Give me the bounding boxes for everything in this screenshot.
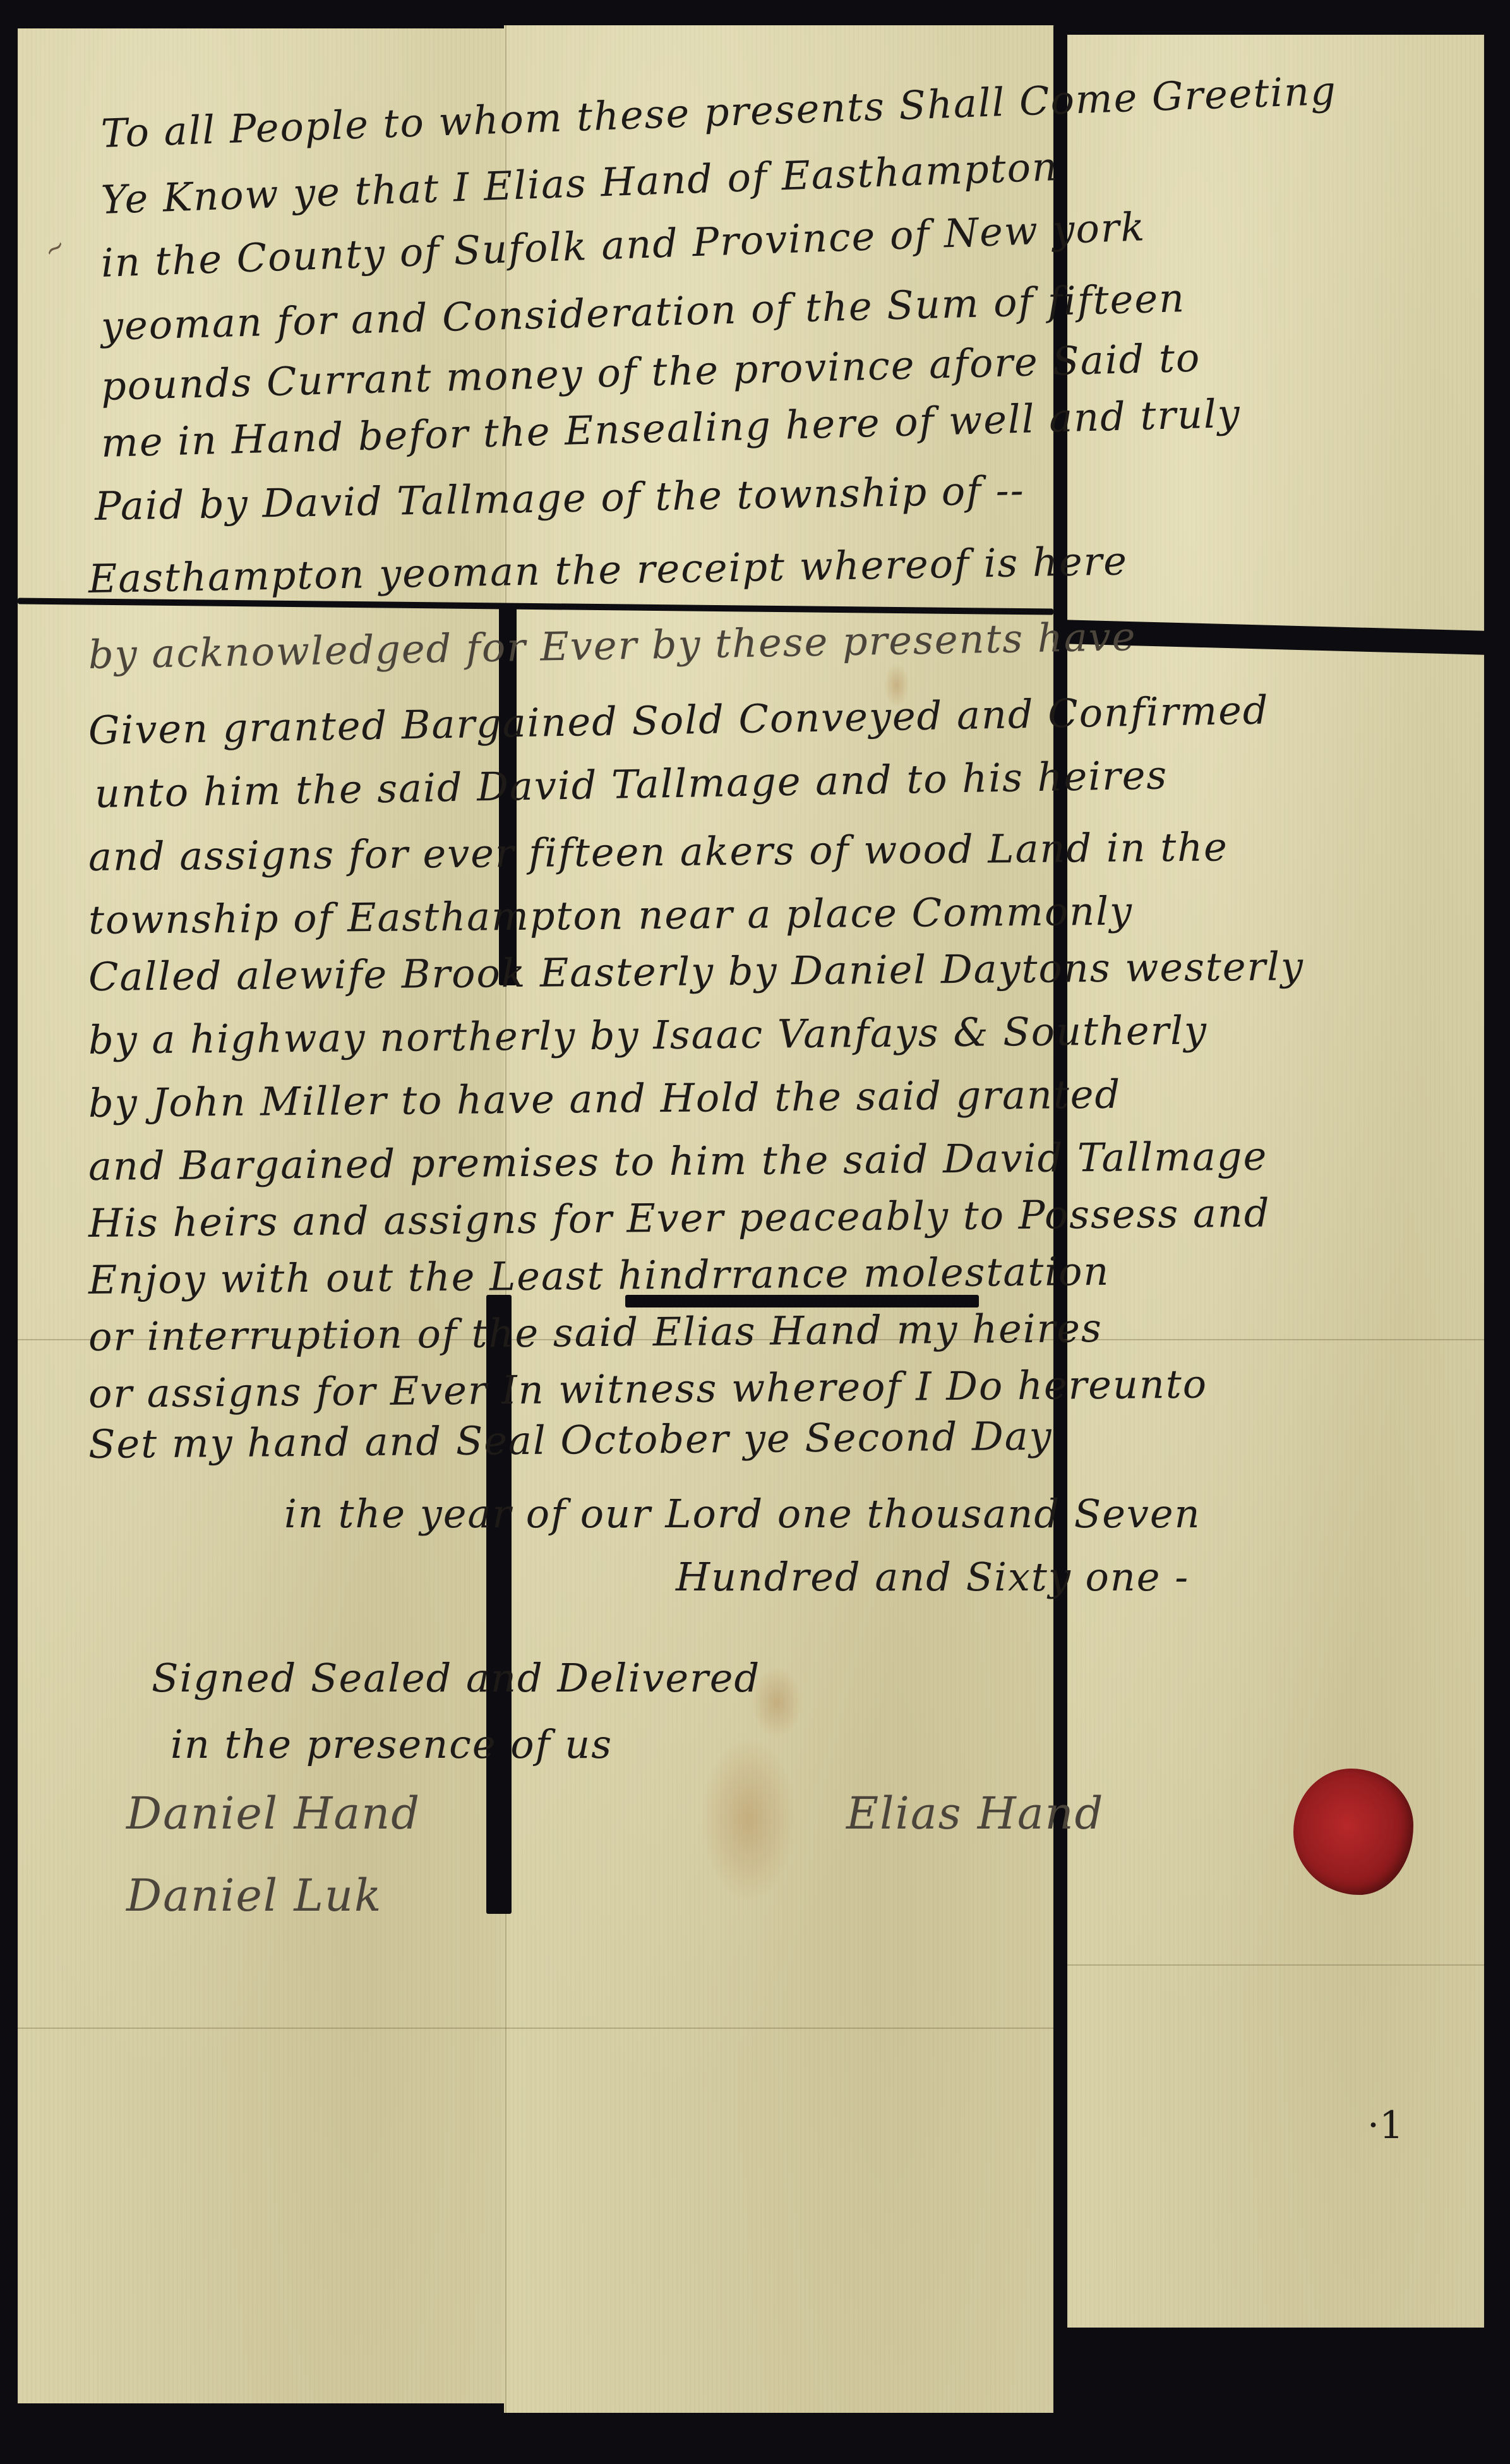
horizontal-fold <box>1067 1964 1484 1966</box>
deed-line: Set my hand and Seal October ye Second D… <box>88 1413 1053 1467</box>
deed-line: Hundred and Sixty one - <box>676 1554 1189 1600</box>
water-stain <box>701 1737 796 1901</box>
attestation-line: in the presence of us <box>171 1721 613 1767</box>
deed-line: Enjoy with out the Least hindrrance mole… <box>88 1248 1110 1303</box>
attestation-line: Signed Sealed and Delivered <box>152 1655 760 1701</box>
deed-line: or interruption of the said Elias Hand m… <box>88 1305 1103 1360</box>
horizontal-fold <box>18 2028 1053 2029</box>
deed-line: by a highway northerly by Isaac Vanfays … <box>88 1007 1208 1063</box>
bottom-right-gap <box>1053 2331 1510 2464</box>
right-edge-shadow <box>1484 25 1510 2464</box>
deed-line: in the year of our Lord one thousand Sev… <box>284 1491 1201 1537</box>
deed-line: or assigns for Ever In witness whereof I… <box>88 1361 1208 1417</box>
witness-signature: Daniel Hand <box>126 1788 421 1839</box>
corner-mark: ·1 <box>1367 2103 1403 2148</box>
witness-signature: Daniel Luk <box>126 1870 382 1921</box>
deed-line: by John Miller to have and Hold the said… <box>88 1071 1122 1126</box>
deed-line: township of Easthampton near a place Com… <box>88 888 1134 943</box>
grantor-signature: Elias Hand <box>846 1788 1104 1839</box>
